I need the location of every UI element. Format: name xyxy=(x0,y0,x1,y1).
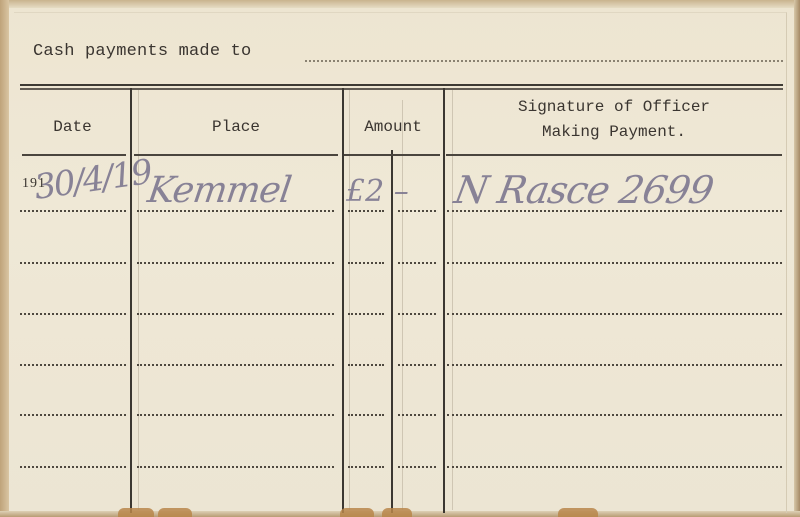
column-header-amount: Amount xyxy=(343,118,443,136)
pounds-field-line[interactable] xyxy=(348,364,384,366)
signature-field-line[interactable] xyxy=(447,262,782,264)
pounds-field-line[interactable] xyxy=(348,210,384,212)
date-field-line[interactable] xyxy=(20,313,126,315)
pounds-field-line[interactable] xyxy=(348,313,384,315)
signature-field-line[interactable] xyxy=(447,313,782,315)
column-divider-amount-signature xyxy=(443,88,445,513)
signature-field-line[interactable] xyxy=(447,414,782,416)
pounds-field-line[interactable] xyxy=(348,466,384,468)
pounds-field-line[interactable] xyxy=(348,262,384,264)
page-edge-right xyxy=(794,0,800,517)
shillings-field-line[interactable] xyxy=(398,414,436,416)
column-divider-place-amount xyxy=(342,88,344,513)
column-divider-date-place xyxy=(130,88,132,513)
header-bottom-rule-signature xyxy=(446,154,782,156)
place-field-line[interactable] xyxy=(137,262,334,264)
shillings-field-line[interactable] xyxy=(398,466,436,468)
form-title: Cash payments made to xyxy=(33,42,251,61)
binding-stain xyxy=(118,508,154,517)
header-bottom-rule-place xyxy=(134,154,338,156)
entry-1-signature: N Rasce 2699 xyxy=(451,168,716,212)
column-header-date: Date xyxy=(20,118,125,136)
signature-field-line[interactable] xyxy=(447,364,782,366)
column-guide-line xyxy=(452,90,453,510)
date-field-line[interactable] xyxy=(20,262,126,264)
shillings-field-line[interactable] xyxy=(398,210,436,212)
page-edge-top xyxy=(0,0,800,8)
binding-stain xyxy=(558,508,598,517)
date-field-line[interactable] xyxy=(20,466,126,468)
place-field-line[interactable] xyxy=(137,414,334,416)
column-guide-line xyxy=(402,100,403,510)
binding-stain xyxy=(382,508,412,517)
column-header-place: Place xyxy=(132,118,340,136)
column-header-signature: Signature of Officer Making Payment. xyxy=(445,95,783,145)
signature-header-line2: Making Payment. xyxy=(445,120,783,145)
date-field-line[interactable] xyxy=(20,414,126,416)
header-top-rule xyxy=(20,84,783,86)
header-bottom-rule-amount xyxy=(344,154,440,156)
pounds-field-line[interactable] xyxy=(348,414,384,416)
pay-book-page: Cash payments made to Date Place Amount … xyxy=(0,0,800,517)
signature-field-line[interactable] xyxy=(447,210,782,212)
date-field-line[interactable] xyxy=(20,210,126,212)
header-bottom-rule-date xyxy=(22,154,126,156)
header-top-rule-secondary xyxy=(20,88,783,90)
signature-field-line[interactable] xyxy=(447,466,782,468)
column-guide-line xyxy=(349,90,350,510)
shillings-field-line[interactable] xyxy=(398,313,436,315)
place-field-line[interactable] xyxy=(137,466,334,468)
shillings-field-line[interactable] xyxy=(398,262,436,264)
place-field-line[interactable] xyxy=(137,313,334,315)
entry-1-amount: £2 – xyxy=(346,174,409,209)
page-edge-left xyxy=(0,0,9,517)
payee-field-line[interactable] xyxy=(305,60,783,62)
binding-stain xyxy=(158,508,192,517)
entry-1-place: Kemmel xyxy=(145,170,293,211)
place-field-line[interactable] xyxy=(137,364,334,366)
shillings-field-line[interactable] xyxy=(398,364,436,366)
binding-stain xyxy=(340,508,374,517)
place-field-line[interactable] xyxy=(137,210,334,212)
date-field-line[interactable] xyxy=(20,364,126,366)
signature-header-line1: Signature of Officer xyxy=(445,95,783,120)
